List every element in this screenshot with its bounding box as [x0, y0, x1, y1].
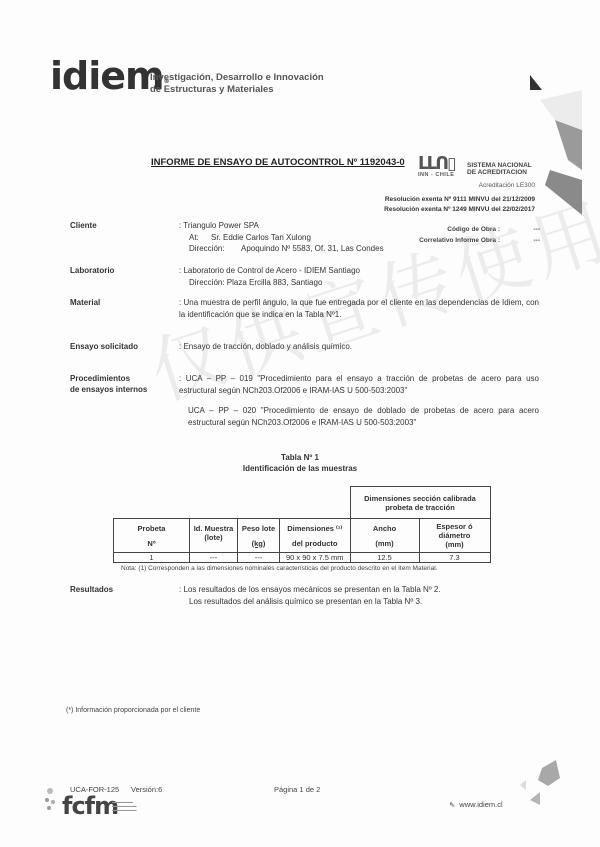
- resultados-label: Resultados: [70, 584, 113, 595]
- group-header: Dimensiones sección calibradaprobeta de …: [350, 487, 490, 519]
- material-label: Material: [70, 297, 100, 308]
- resolution-2: Resolución exenta Nº 1249 MINVU del 22/0…: [384, 206, 535, 213]
- resultados-value: : Los resultados de los ensayos mecánico…: [179, 584, 539, 607]
- page-number: Página 1 de 2: [274, 785, 320, 794]
- website-link[interactable]: ⇖ www.idiem.cl: [449, 800, 503, 809]
- tagline-line1: Investigación, Desarrollo e Innovación: [150, 72, 324, 84]
- cursor-pointer-icon: ⇖: [449, 800, 455, 809]
- report-title: INFORME DE ENSAYO DE AUTOCONTROL Nº 1192…: [151, 157, 405, 168]
- fcfm-logo: fcfm: [62, 792, 118, 820]
- ensayo-label: Ensayo solicitado: [70, 341, 138, 352]
- form-version: Versión:6: [131, 785, 162, 794]
- procedimiento-2: UCA – PP – 020 "Procedimiento de ensayo …: [188, 405, 539, 428]
- table1-title: Tabla Nº 1 Identificación de las muestra…: [0, 452, 600, 474]
- laboratorio-value: : Laboratorio de Control de Acero - IDIE…: [179, 265, 539, 288]
- header-peso-lote: Peso lote(kg): [238, 519, 280, 553]
- procedimientos-label: Procedimientos de ensayos internos: [70, 373, 147, 395]
- table1-note: Nota: (1) Corresponden a las dimensiones…: [121, 565, 438, 572]
- university-crest-icon: [43, 786, 57, 816]
- laboratorio-label: Laboratorio: [70, 265, 114, 276]
- header-espesor: Espesor ó diámetro(mm): [419, 519, 490, 553]
- samples-table: Dimensiones sección calibradaprobeta de …: [113, 486, 491, 563]
- header-probeta: ProbetaNº: [114, 519, 190, 553]
- header-ancho: Ancho(mm): [350, 519, 419, 553]
- ensayo-value: : Ensayo de tracción, doblado y análisis…: [179, 341, 539, 353]
- idiem-tagline: Investigación, Desarrollo e Innovación d…: [150, 72, 324, 95]
- cliente-label: Cliente: [70, 220, 97, 231]
- footnote: (*) Información proporcionada por el cli…: [66, 707, 200, 714]
- fcfm-tagline: ▬▬▬▬▬▬▬▬▬▬▬▬▬▬▬▬▬▬▬▬: [112, 800, 137, 812]
- header-id-muestra: Id. Muestra(lote): [190, 519, 238, 553]
- tagline-line2: de Estructuras y Materiales: [150, 84, 324, 96]
- resolution-1: Resolución exenta Nº 9111 MINVU del 21/1…: [385, 196, 535, 203]
- table-row: 1 --- --- 90 x 90 x 7.5 mm 12.5 7.3: [114, 553, 491, 563]
- accreditation-number: Acreditación LE300: [479, 182, 535, 189]
- header-dimensiones: Dimensiones ⁽¹⁾del producto: [280, 519, 351, 553]
- decorative-polygons-bottom: [520, 740, 600, 830]
- material-value: : Una muestra de perfil ángulo, la que f…: [179, 297, 539, 320]
- inn-chile-logo: ᒪᒪᑎ▯ INN - CHILE: [418, 156, 454, 178]
- cliente-value: : Triangulo Power SPA At:Sr. Eddie Carlo…: [179, 220, 539, 255]
- procedimiento-1: : UCA – PP – 019 "Procedimiento para el …: [179, 373, 539, 396]
- accreditation-system: SISTEMA NACIONAL DE ACREDITACION: [467, 162, 532, 176]
